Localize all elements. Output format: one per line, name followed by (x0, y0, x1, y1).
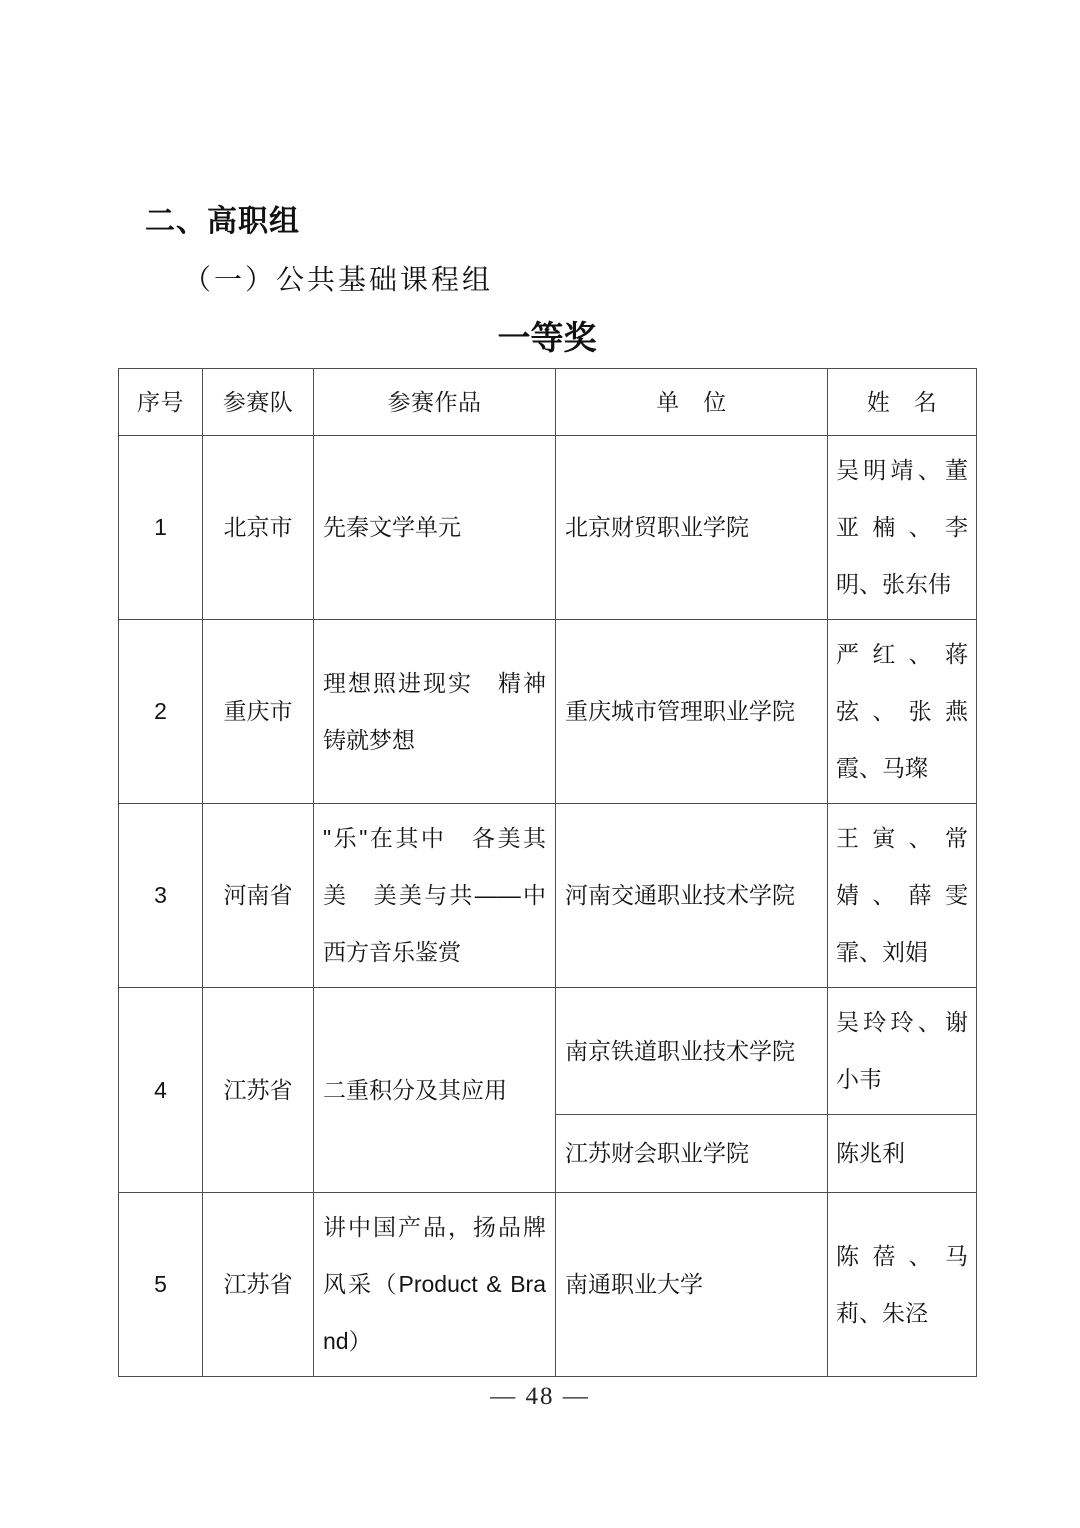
cell-team: 河南省 (203, 804, 314, 988)
cell-work: 讲中国产品，扬品牌风采（Product & Brand） (314, 1193, 556, 1377)
table-row: 1 北京市 先秦文学单元 北京财贸职业学院 吴明靖、董亚楠、李明、张东伟 (119, 436, 977, 620)
cell-team: 重庆市 (203, 620, 314, 804)
cell-unit: 南京铁道职业技术学院 (556, 988, 828, 1115)
cell-work: 理想照进现实 精神铸就梦想 (314, 620, 556, 804)
cell-unit: 南通职业大学 (556, 1193, 828, 1377)
page-number: — 48 — (0, 1383, 1080, 1411)
cell-names: 严红、蒋弦、张燕霞、马璨 (828, 620, 977, 804)
subsection-title: （一）公共基础课程组 (183, 258, 493, 298)
cell-unit: 北京财贸职业学院 (556, 436, 828, 620)
cell-no: 3 (119, 804, 203, 988)
cell-no: 5 (119, 1193, 203, 1377)
cell-unit: 重庆城市管理职业学院 (556, 620, 828, 804)
header-names: 姓 名 (828, 369, 977, 436)
cell-work: 先秦文学单元 (314, 436, 556, 620)
cell-names: 吴明靖、董亚楠、李明、张东伟 (828, 436, 977, 620)
table-row: 4 江苏省 二重积分及其应用 南京铁道职业技术学院 吴玲玲、谢小韦 (119, 988, 977, 1115)
cell-unit: 江苏财会职业学院 (556, 1115, 828, 1193)
header-team: 参赛队 (203, 369, 314, 436)
table-header-row: 序号 参赛队 参赛作品 单 位 姓 名 (119, 369, 977, 436)
cell-names: 王寅、常婧、薛雯霏、刘娟 (828, 804, 977, 988)
cell-work: 二重积分及其应用 (314, 988, 556, 1193)
awards-table: 序号 参赛队 参赛作品 单 位 姓 名 1 北京市 先秦文学单元 北京财贸职业学… (118, 368, 977, 1377)
header-unit: 单 位 (556, 369, 828, 436)
award-title: 一等奖 (118, 312, 976, 359)
cell-team: 江苏省 (203, 988, 314, 1193)
header-work: 参赛作品 (314, 369, 556, 436)
cell-names: 陈兆利 (828, 1115, 977, 1193)
cell-no: 1 (119, 436, 203, 620)
cell-no: 4 (119, 988, 203, 1193)
table-row: 3 河南省 "乐"在其中 各美其美 美美与共——中西方音乐鉴赏 河南交通职业技术… (119, 804, 977, 988)
cell-names: 陈蓓、马莉、朱泾 (828, 1193, 977, 1377)
table-row: 2 重庆市 理想照进现实 精神铸就梦想 重庆城市管理职业学院 严红、蒋弦、张燕霞… (119, 620, 977, 804)
table-row: 5 江苏省 讲中国产品，扬品牌风采（Product & Brand） 南通职业大… (119, 1193, 977, 1377)
cell-unit: 河南交通职业技术学院 (556, 804, 828, 988)
cell-names: 吴玲玲、谢小韦 (828, 988, 977, 1115)
cell-team: 江苏省 (203, 1193, 314, 1377)
cell-work: "乐"在其中 各美其美 美美与共——中西方音乐鉴赏 (314, 804, 556, 988)
cell-no: 2 (119, 620, 203, 804)
cell-team: 北京市 (203, 436, 314, 620)
header-no: 序号 (119, 369, 203, 436)
section-title: 二、高职组 (145, 196, 300, 240)
document-page: 二、高职组 （一）公共基础课程组 一等奖 序号 参赛队 参赛作品 单 位 姓 名… (0, 0, 1080, 1528)
